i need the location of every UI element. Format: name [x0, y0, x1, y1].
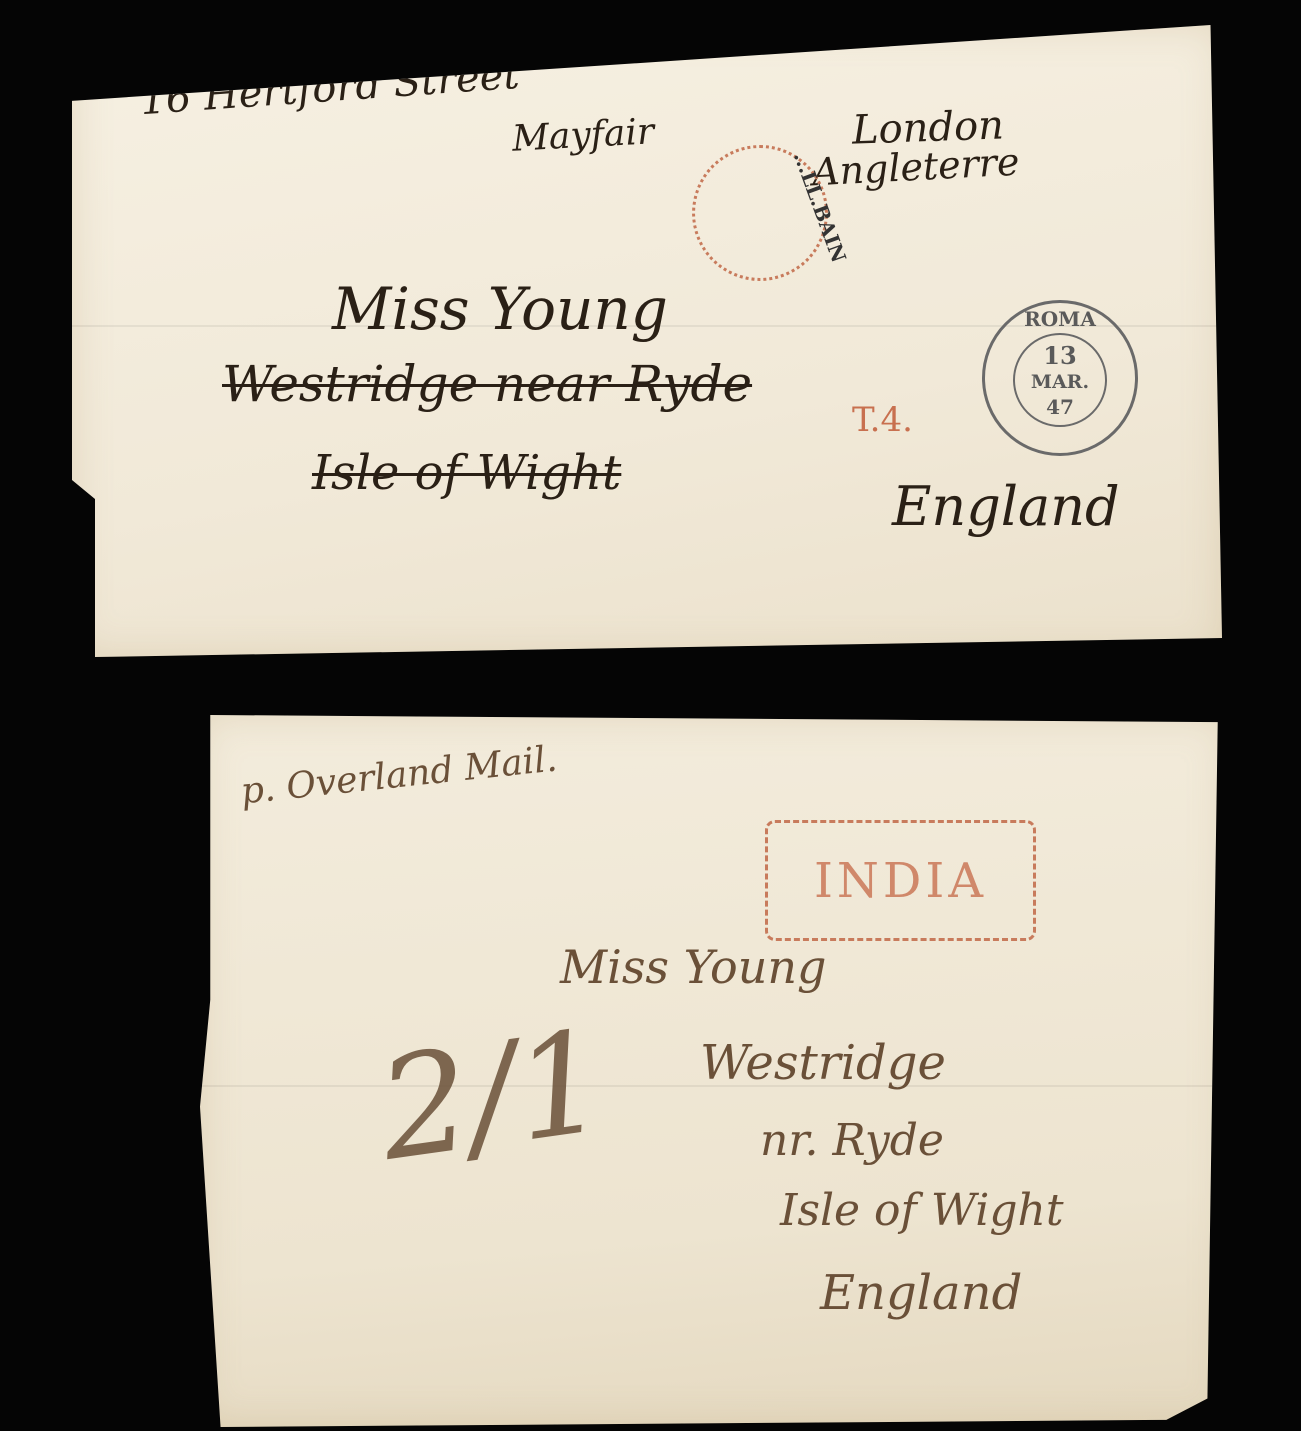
- charge-mark: 2/1: [370, 1000, 616, 1193]
- address-line2: nr. Ryde: [760, 1115, 944, 1166]
- address-line1: Westridge: [700, 1035, 946, 1091]
- top-letter: 16 Hertford Street Mayfair London Anglet…: [72, 25, 1222, 657]
- routing-note: p. Overland Mail.: [239, 739, 559, 813]
- india-stamp-frame: INDIA: [765, 820, 1036, 941]
- address-line3: Isle of Wight: [780, 1185, 1064, 1236]
- recipient: Miss Young: [332, 275, 668, 343]
- sender-address-line2: Mayfair: [511, 111, 655, 159]
- country: England: [892, 475, 1120, 538]
- bottom-letter: p. Overland Mail. INDIA 2/1 Miss Young W…: [200, 715, 1228, 1427]
- roma-postmark: ROMA 13 MAR. 47: [982, 300, 1138, 456]
- struck-address-line1: Westridge near Ryde: [222, 355, 752, 413]
- sender-address: 16 Hertford Street: [139, 52, 521, 124]
- struck-address-line2: Isle of Wight: [312, 445, 621, 501]
- india-stamp-text: INDIA: [768, 853, 1033, 909]
- recipient: Miss Young: [560, 940, 826, 994]
- red-tax-mark: T.4.: [852, 400, 913, 440]
- country: England: [820, 1265, 1022, 1321]
- country-fr: Angleterre: [811, 140, 1020, 195]
